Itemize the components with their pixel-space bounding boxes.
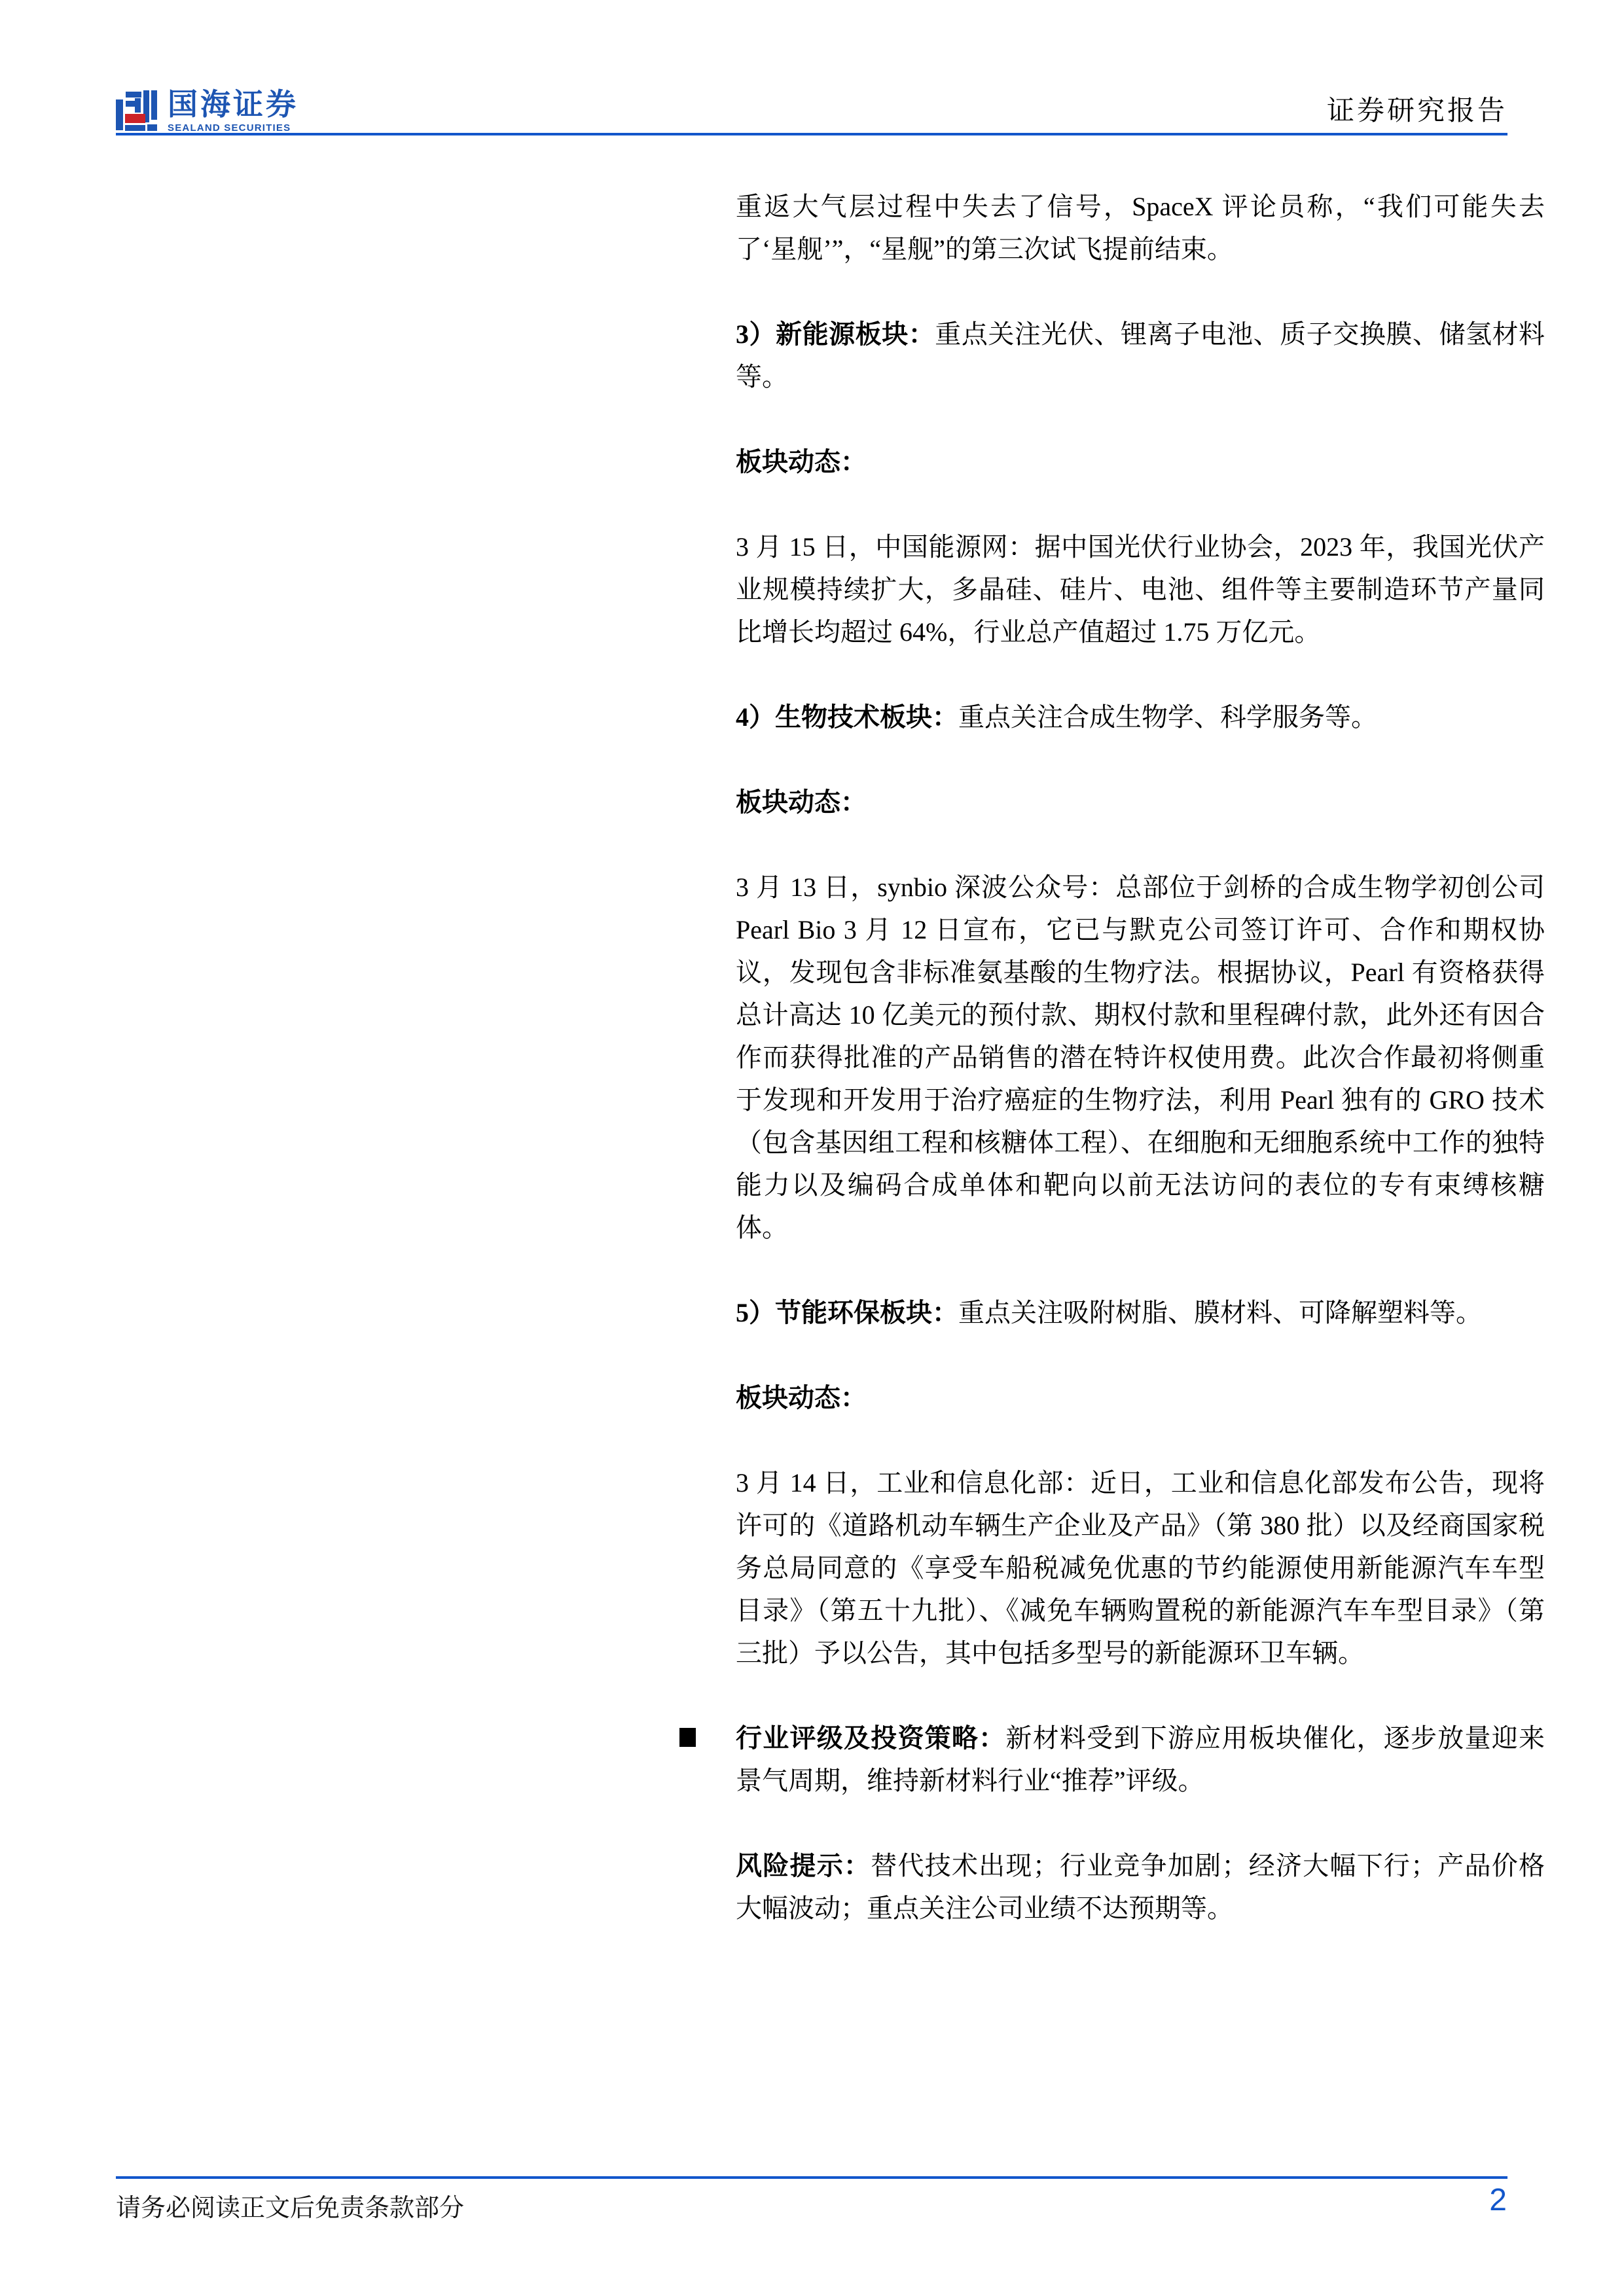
section-new-energy-label: 3）新能源板块： (736, 319, 935, 349)
para-pearl-bio: 3 月 13 日，synbio 深波公众号：总部位于剑桥的合成生物学初创公司 P… (736, 866, 1545, 1249)
section-energy-saving: 5）节能环保板块：重点关注吸附树脂、膜材料、可降解塑料等。 (736, 1291, 1545, 1334)
logo-name-en: SEALAND SECURITIES (168, 123, 298, 133)
report-body: 重返大气层过程中失去了信号，SpaceX 评论员称，“我们可能失去了‘星舰’”，… (736, 185, 1545, 1972)
para-rating-strategy: 行业评级及投资策略：新材料受到下游应用板块催化，逐步放量迎来景气周期，维持新材料… (736, 1717, 1545, 1802)
sealand-logo: 国海证券 SEALAND SECURITIES (115, 89, 298, 133)
sealand-logo-icon (115, 89, 158, 132)
report-page: 国海证券 SEALAND SECURITIES 证券研究报告 重返大气层过程中失… (0, 0, 1624, 2296)
para-pv-news: 3 月 15 日，中国能源网：据中国光伏行业协会，2023 年，我国光伏产业规模… (736, 526, 1545, 653)
para-miit-announcement: 3 月 14 日，工业和信息化部：近日，工业和信息化部发布公告，现将许可的《道路… (736, 1462, 1545, 1674)
heading-sector-dynamics-3: 板块动态： (736, 1376, 1545, 1419)
heading-sector-dynamics-2: 板块动态： (736, 781, 1545, 823)
rating-strategy-label: 行业评级及投资策略： (736, 1723, 1005, 1753)
heading-sector-dynamics-1: 板块动态： (736, 440, 1545, 483)
logo-text: 国海证券 SEALAND SECURITIES (168, 89, 298, 133)
header-rule (116, 133, 1507, 135)
page-number: 2 (1489, 2183, 1507, 2217)
para-starship: 重返大气层过程中失去了信号，SpaceX 评论员称，“我们可能失去了‘星舰’”，… (736, 185, 1545, 270)
logo-name-cn: 国海证券 (168, 89, 298, 119)
section-new-energy: 3）新能源板块：重点关注光伏、锂离子电池、质子交换膜、储氢材料等。 (736, 313, 1545, 398)
section-biotech: 4）生物技术板块：重点关注合成生物学、科学服务等。 (736, 696, 1545, 738)
footer-rule (116, 2176, 1507, 2179)
bullet-square-icon (679, 1728, 696, 1747)
footer-disclaimer: 请务必阅读正文后免责条款部分 (116, 2191, 464, 2225)
section-biotech-label: 4）生物技术板块： (736, 702, 958, 732)
report-type-label: 证券研究报告 (1327, 96, 1507, 126)
section-energy-saving-label: 5）节能环保板块： (736, 1298, 958, 1327)
risk-warning-label: 风险提示： (736, 1851, 871, 1880)
para-risk-warning: 风险提示：替代技术出现；行业竞争加剧；经济大幅下行；产品价格大幅波动；重点关注公… (736, 1844, 1545, 1929)
